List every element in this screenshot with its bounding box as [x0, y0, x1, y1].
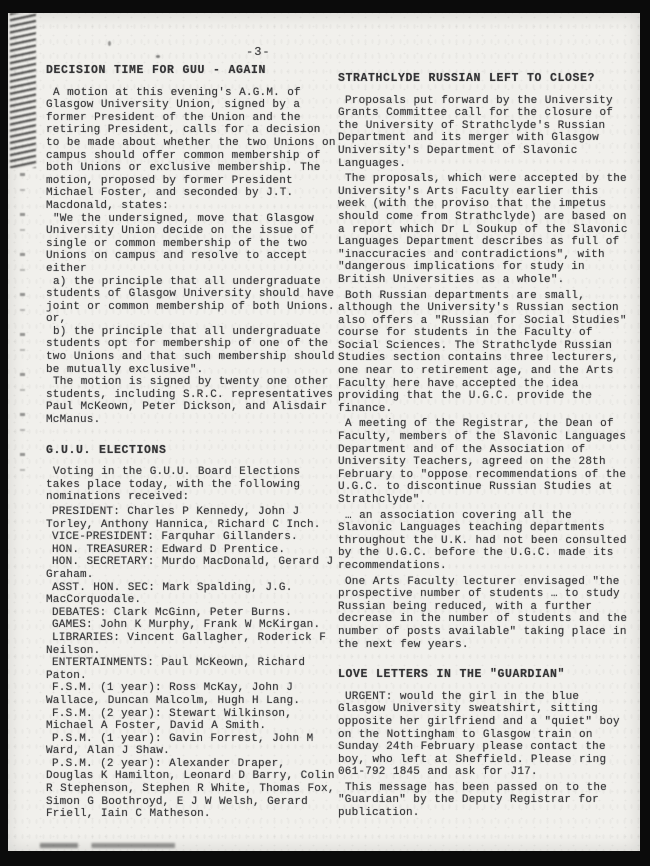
right-column: STRATHCLYDE RUSSIAN LEFT TO CLOSE? Propo… [338, 73, 631, 823]
nomination-libraries: LIBRARIES: Vincent Gallagher, Roderick F… [46, 632, 339, 657]
paragraph: "We the undersigned, move that Glasgow U… [46, 213, 339, 276]
paragraph: URGENT: would the girl in the blue Glasg… [338, 691, 631, 779]
page-number: -3- [246, 45, 271, 59]
nomination-vice-president: VICE-PRESIDENT: Farquhar Gillanders. [46, 531, 339, 544]
article-title-strathclyde-russian: STRATHCLYDE RUSSIAN LEFT TO CLOSE? [338, 73, 631, 86]
spine-marks [20, 173, 25, 473]
nomination-asst-hon-sec: ASST. HON. SEC: Mark Spalding, J.G. MacC… [46, 582, 339, 607]
paragraph: The motion is signed by twenty one other… [46, 376, 339, 426]
nomination-games: GAMES: John K Murphy, Frank W McKirgan. [46, 619, 339, 632]
paragraph: One Arts Faculty lecturer envisaged "the… [338, 576, 631, 652]
binding-smudge [10, 13, 36, 168]
left-column: DECISION TIME FOR GUU - AGAIN A motion a… [46, 65, 339, 821]
document-page: -3- DECISION TIME FOR GUU - AGAIN A moti… [8, 13, 640, 851]
nomination-president: PRESIDENT: Charles P Kennedy, John J Tor… [46, 506, 339, 531]
nomination-fsm-2yr: F.S.M. (2 year): Stewart Wilkinson, Mich… [46, 708, 339, 733]
article-title-guu-elections: G.U.U. ELECTIONS [46, 445, 339, 458]
paragraph: The proposals, which were accepted by th… [338, 173, 631, 286]
paragraph: a) the principle that all undergraduate … [46, 276, 339, 326]
ink-speck [156, 55, 160, 58]
nomination-fsm-1yr: F.S.M. (1 year): Ross McKay, John J Wall… [46, 682, 339, 707]
nomination-debates: DEBATES: Clark McGinn, Peter Burns. [46, 607, 339, 620]
paragraph: b) the principle that all undergraduate … [46, 326, 339, 376]
paragraph: A motion at this evening's A.G.M. of Gla… [46, 87, 339, 213]
paragraph: A meeting of the Registrar, the Dean of … [338, 418, 631, 506]
paragraph: Proposals put forward by the University … [338, 95, 631, 171]
nomination-entertainments: ENTERTAINMENTS: Paul McKeown, Richard Pa… [46, 657, 339, 682]
paragraph: Both Russian departments are small, alth… [338, 290, 631, 416]
article-title-decision-time: DECISION TIME FOR GUU - AGAIN [46, 65, 339, 78]
bottom-smudge [40, 843, 175, 848]
article-title-love-letters: LOVE LETTERS IN THE "GUARDIAN" [338, 669, 631, 682]
elections-intro: Voting in the G.U.U. Board Elections tak… [46, 466, 339, 504]
nomination-psm-2yr: P.S.M. (2 year): Alexander Draper, Dougl… [46, 758, 339, 821]
scan-frame: -3- DECISION TIME FOR GUU - AGAIN A moti… [0, 0, 650, 866]
paragraph: … an association covering all the Slavon… [338, 510, 631, 573]
paragraph: This message has been passed on to the "… [338, 782, 631, 820]
nomination-hon-treasurer: HON. TREASURER: Edward D Prentice. [46, 544, 339, 557]
nomination-psm-1yr: P.S.M. (1 year): Gavin Forrest, John M W… [46, 733, 339, 758]
nomination-hon-secretary: HON. SECRETARY: Murdo MacDonald, Gerard … [46, 556, 339, 581]
ink-speck [108, 41, 111, 46]
